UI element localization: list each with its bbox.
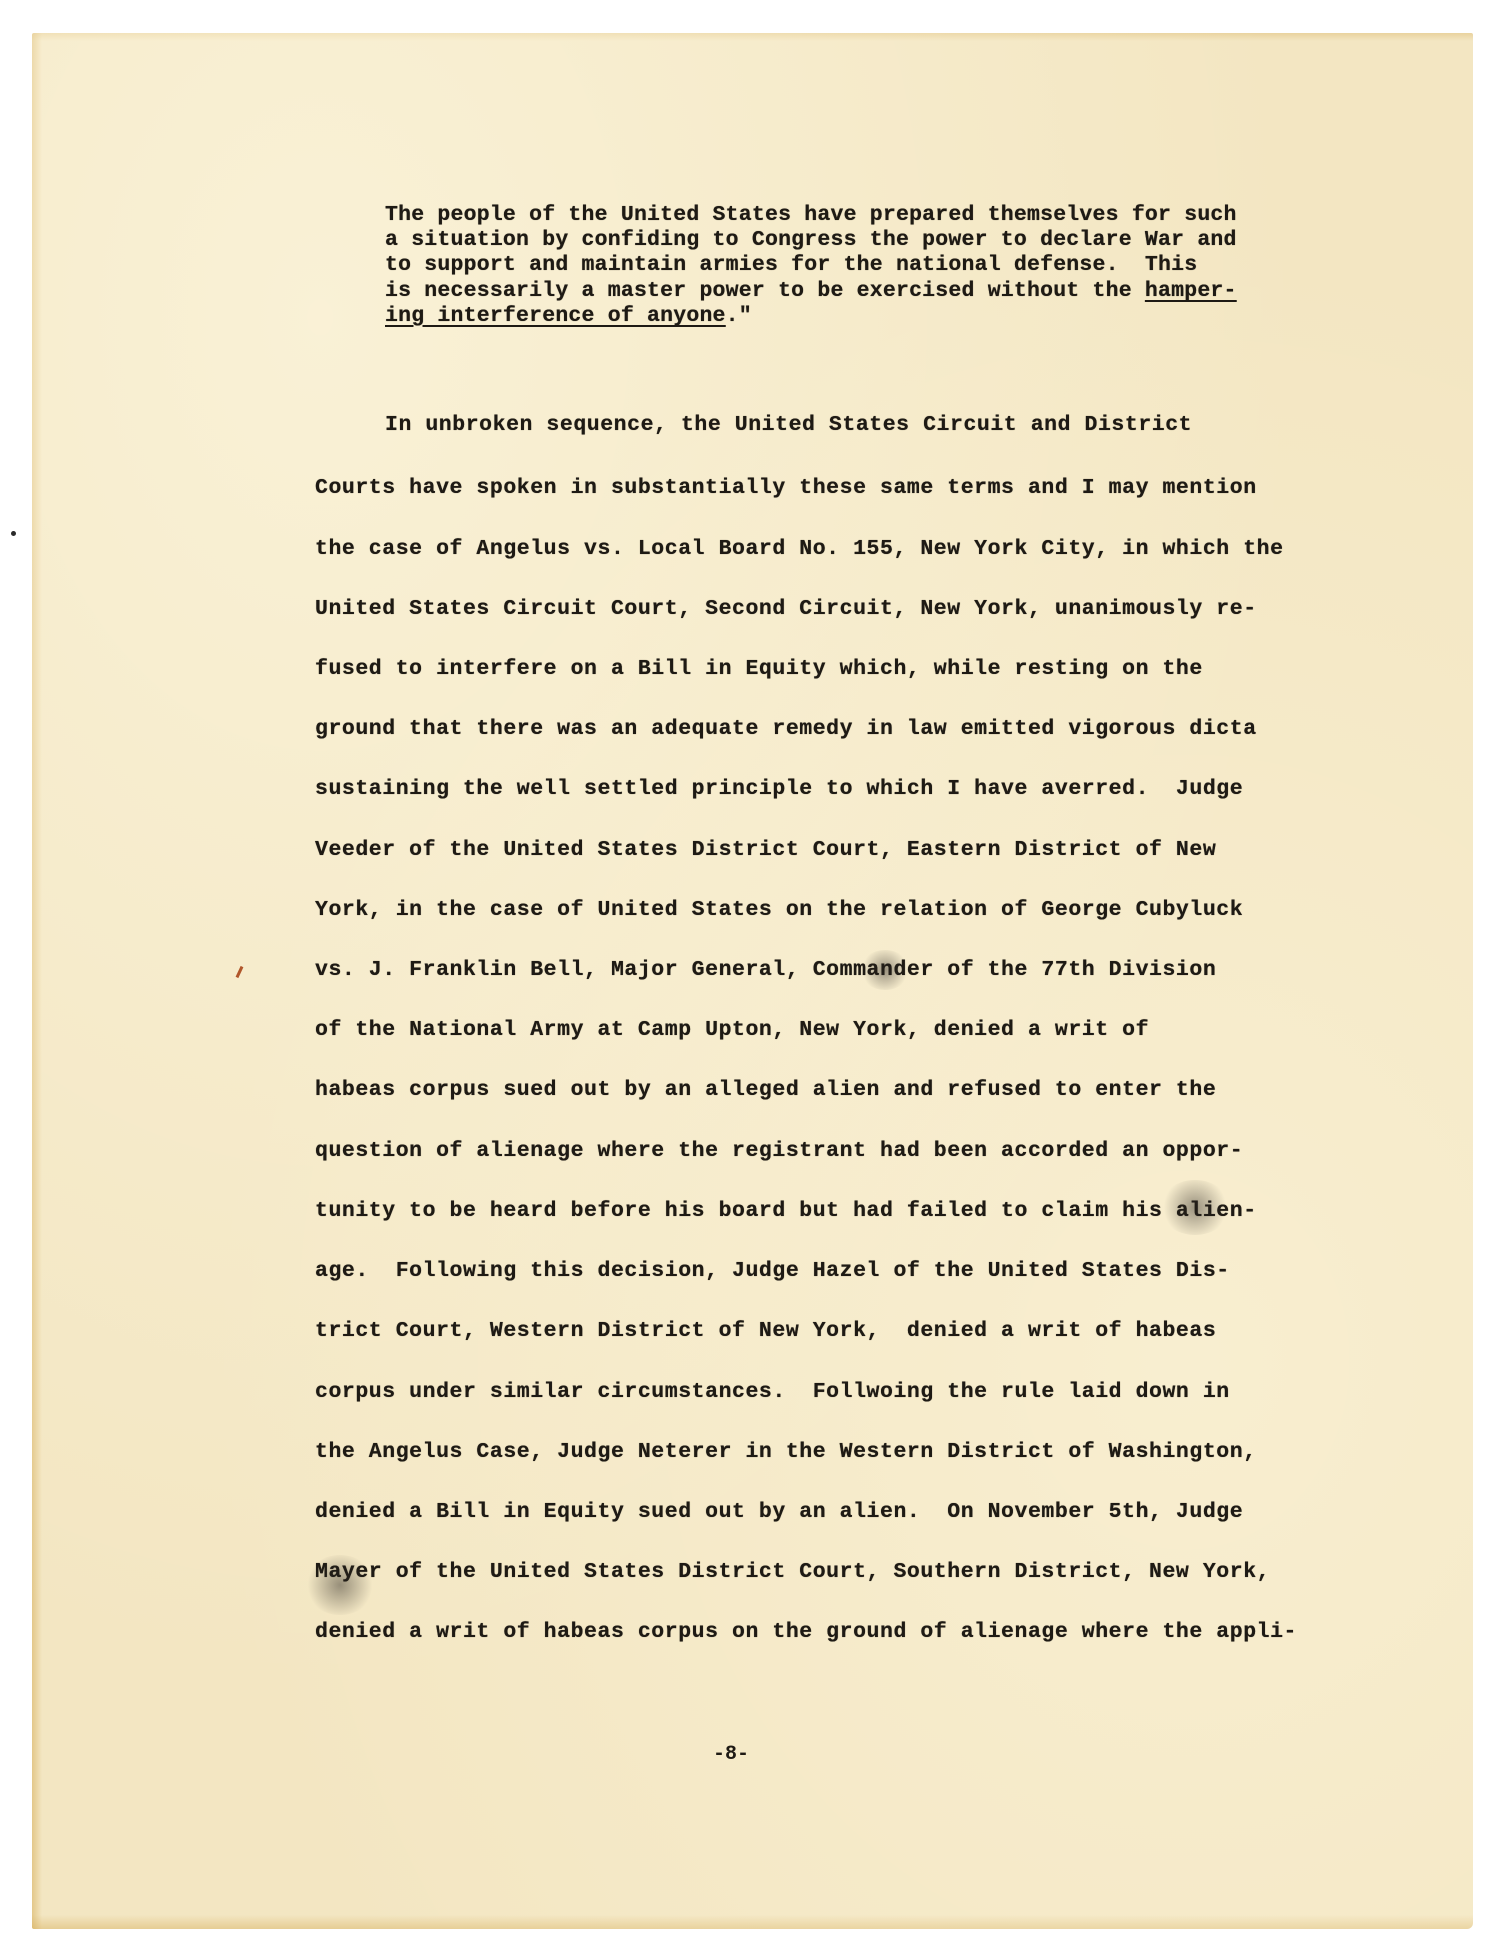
body-line-8: Veeder of the United States District Cou… <box>315 838 1216 862</box>
body-line-7: sustaining the well settled principle to… <box>315 777 1243 801</box>
underlined-interference-of-anyone: ing interference of anyone <box>385 304 726 328</box>
body-line-3: the case of Angelus vs. Local Board No. … <box>315 537 1284 561</box>
body-line-14: tunity to be heard before his board but … <box>315 1199 1257 1223</box>
body-line-5: fused to interfere on a Bill in Equity w… <box>315 657 1203 681</box>
margin-ink-dot <box>11 531 16 536</box>
body-line-9: York, in the case of United States on th… <box>315 898 1243 922</box>
quote-line-3: to support and maintain armies for the n… <box>385 253 1197 277</box>
body-line-10: vs. J. Franklin Bell, Major General, Com… <box>315 958 1216 982</box>
quote-line-1: The people of the United States have pre… <box>385 203 1237 227</box>
page-number: -8- <box>713 1743 749 1766</box>
quote-line-4-text: is necessarily a master power to be exer… <box>385 279 1145 303</box>
body-line-15: age. Following this decision, Judge Haze… <box>315 1259 1230 1283</box>
body-line-18: the Angelus Case, Judge Neterer in the W… <box>315 1440 1257 1464</box>
ink-smudge <box>305 1555 375 1615</box>
body-line-2: Courts have spoken in substantially thes… <box>315 476 1257 500</box>
quote-line-4: is necessarily a master power to be exer… <box>385 279 1237 303</box>
body-line-20: Mayer of the United States District Cour… <box>315 1560 1270 1584</box>
ink-smudge <box>860 950 910 990</box>
quote-close: ." <box>726 304 752 328</box>
body-line-19: denied a Bill in Equity sued out by an a… <box>315 1500 1243 1524</box>
quote-line-2: a situation by confiding to Congress the… <box>385 228 1237 252</box>
underlined-hampering: hamper- <box>1145 279 1237 303</box>
body-line-16: trict Court, Western District of New Yor… <box>315 1319 1216 1343</box>
body-line-21: denied a writ of habeas corpus on the gr… <box>315 1620 1297 1644</box>
body-line-6: ground that there was an adequate remedy… <box>315 717 1257 741</box>
body-line-11: of the National Army at Camp Upton, New … <box>315 1018 1149 1042</box>
body-line-4: United States Circuit Court, Second Circ… <box>315 597 1257 621</box>
quote-line-5: ing interference of anyone." <box>385 304 752 328</box>
body-line-17: corpus under similar circumstances. Foll… <box>315 1380 1230 1404</box>
body-line-1: In unbroken sequence, the United States … <box>385 413 1192 437</box>
body-line-12: habeas corpus sued out by an alleged ali… <box>315 1078 1216 1102</box>
ink-smudge <box>1160 1180 1230 1235</box>
body-line-13: question of alienage where the registran… <box>315 1139 1243 1163</box>
